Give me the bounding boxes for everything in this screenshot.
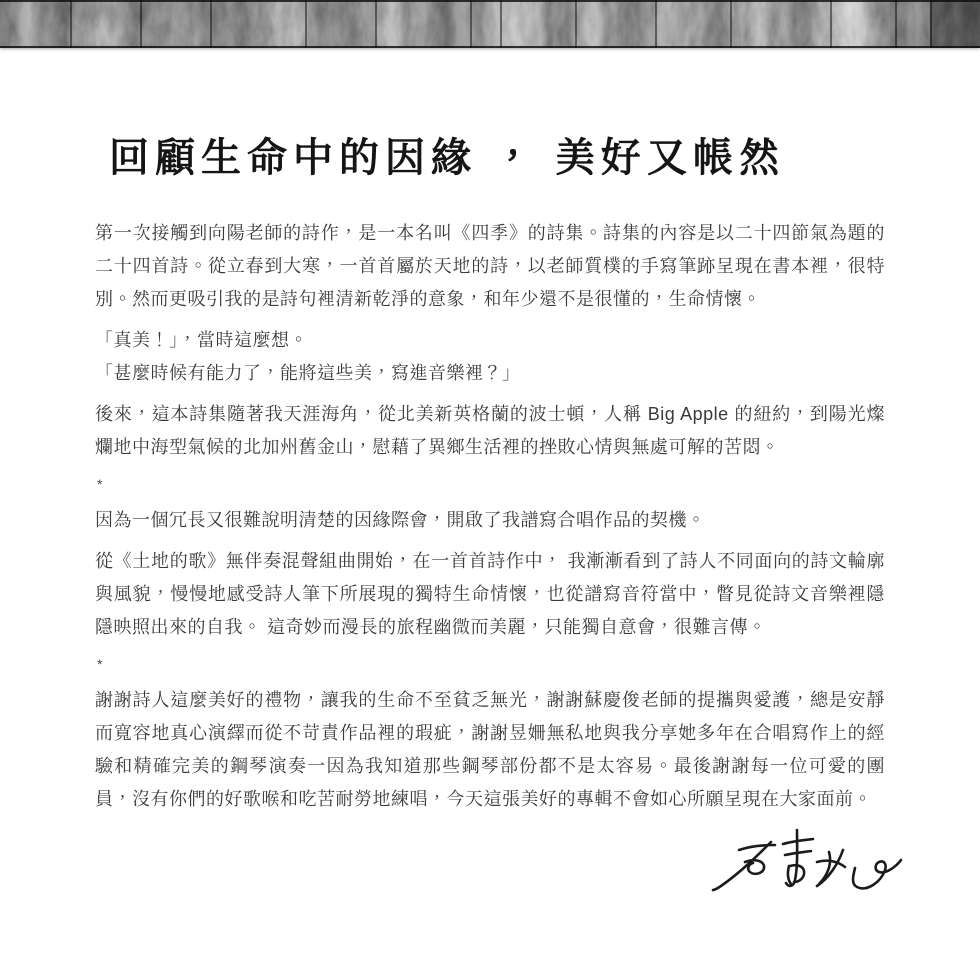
quote-line-2: 「甚麼時候有能力了，能將這些美，寫進音樂裡？」 — [95, 357, 885, 390]
paragraph-travels: 後來，這本詩集隨著我天涯海角，從北美新英格蘭的波士頓，人稱 Big Apple … — [95, 398, 885, 464]
quote-line-1: 「真美！」，當時這麼想。 — [95, 324, 885, 357]
separator-asterisk-2: * — [97, 652, 885, 676]
quote-block: 「真美！」，當時這麼想。 「甚麼時候有能力了，能將這些美，寫進音樂裡？」 — [95, 324, 885, 390]
page: 回顧生命中的因緣 ， 美好又帳然 第一次接觸到向陽老師的詩作，是一本名叫《四季》… — [0, 0, 980, 980]
page-title: 回顧生命中的因緣 ， 美好又帳然 — [109, 134, 885, 182]
paragraph-origin: 因為一個冗長又很難說明清楚的因緣際會，開啟了我譜寫合唱作品的契機。 — [95, 504, 885, 537]
paragraph-intro: 第一次接觸到向陽老師的詩作，是一本名叫《四季》的詩集。詩集的內容是以二十四節氣為… — [95, 217, 885, 316]
header-photo-strip — [0, 0, 980, 48]
signature-handwriting — [700, 822, 910, 902]
waterfall-strip-image — [0, 0, 980, 48]
signature — [95, 822, 910, 907]
liner-notes-content: 回顧生命中的因緣 ， 美好又帳然 第一次接觸到向陽老師的詩作，是一本名叫《四季》… — [0, 134, 980, 907]
separator-asterisk-1: * — [97, 472, 885, 496]
paragraph-journey: 從《土地的歌》無伴奏混聲組曲開始，在一首首詩作中， 我漸漸看到了詩人不同面向的詩… — [95, 545, 885, 644]
paragraph-thanks: 謝謝詩人這麼美好的禮物，讓我的生命不至貧乏無光，謝謝蘇慶俊老師的提攜與愛護，總是… — [95, 684, 885, 816]
